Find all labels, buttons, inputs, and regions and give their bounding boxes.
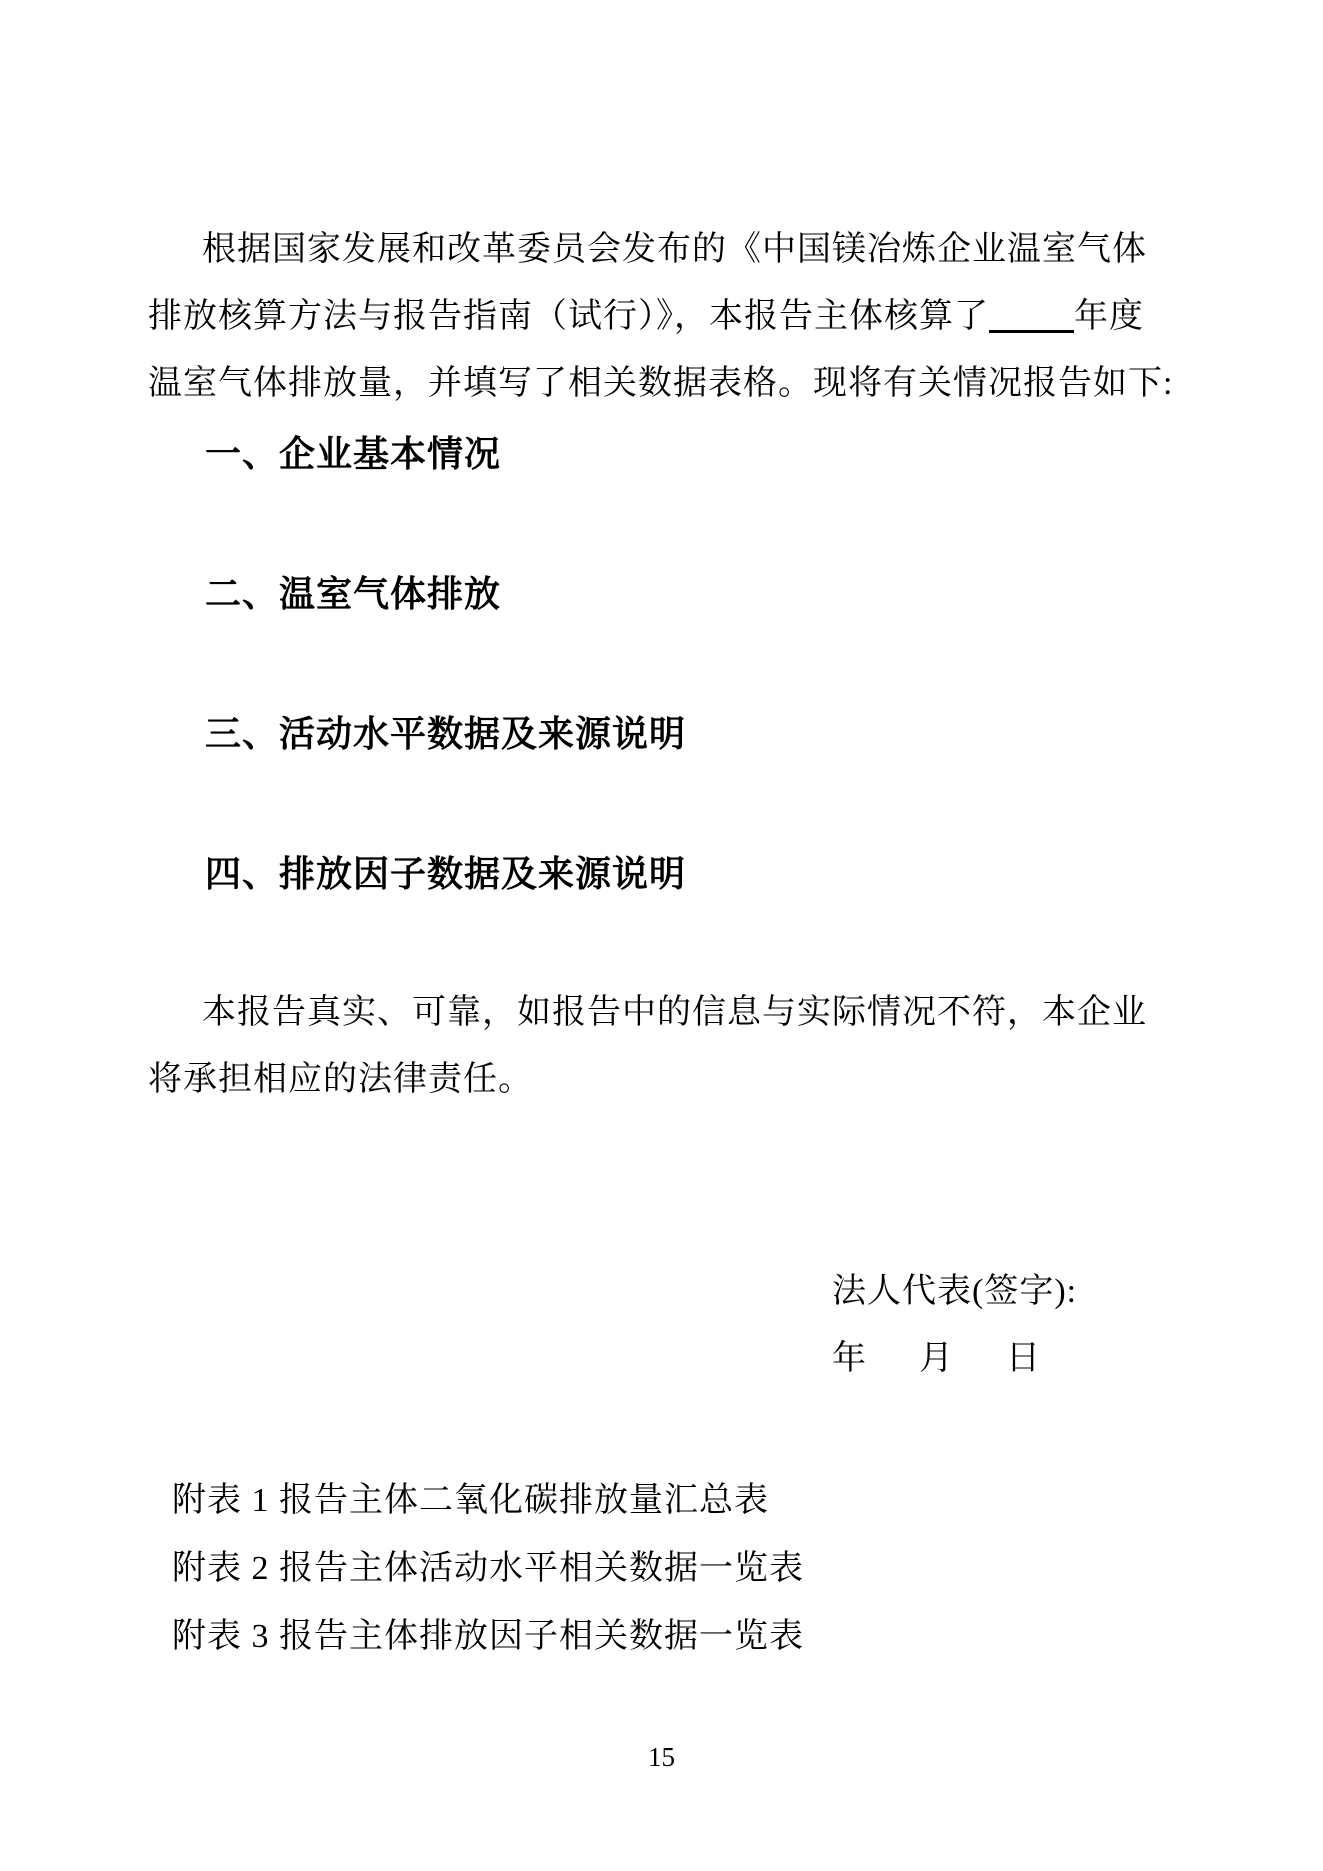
page-content: 根据国家发展和改革委员会发布的《中国镁冶炼企业温室气体 排放核算方法与报告指南（… (148, 0, 1168, 1671)
section-heading-ghg-emissions: 二、温室气体排放 (148, 560, 1168, 627)
signature-block: 法人代表(签字): 年 月 日 (148, 1258, 1168, 1392)
section-heading-emission-factors: 四、排放因子数据及来源说明 (148, 840, 1168, 907)
intro-line-3: 温室气体排放量，并填写了相关数据表格。现将有关情况报告如下: (148, 350, 1168, 417)
date-year-label: 年 (832, 1325, 866, 1392)
section-headings: 一、企业基本情况 二、温室气体排放 三、活动水平数据及来源说明 四、排放因子数据… (148, 420, 1168, 907)
intro-line-2-suffix: 年度 (1074, 298, 1144, 335)
page-number: 15 (0, 1742, 1323, 1772)
legal-representative-sign-label: 法人代表(签字): (832, 1258, 1168, 1325)
declaration-line-2: 将承担相应的法律责任。 (148, 1046, 1168, 1113)
intro-line-1: 根据国家发展和改革委员会发布的《中国镁冶炼企业温室气体 (148, 216, 1168, 283)
report-page: 根据国家发展和改革委员会发布的《中国镁冶炼企业温室气体 排放核算方法与报告指南（… (0, 0, 1323, 1871)
intro-paragraph: 根据国家发展和改革委员会发布的《中国镁冶炼企业温室气体 排放核算方法与报告指南（… (148, 216, 1168, 417)
attachment-list: 附表 1 报告主体二氧化碳排放量汇总表 附表 2 报告主体活动水平相关数据一览表… (148, 1467, 1168, 1671)
signature-date-line: 年 月 日 (832, 1325, 1168, 1392)
intro-line-2-text: 排放核算方法与报告指南（试行）》，本报告主体核算了 (148, 298, 989, 335)
declaration-line-1: 本报告真实、可靠，如报告中的信息与实际情况不符，本企业 (148, 979, 1168, 1046)
attachment-table-1: 附表 1 报告主体二氧化碳排放量汇总表 (172, 1467, 1168, 1535)
intro-line-2: 排放核算方法与报告指南（试行）》，本报告主体核算了年度 (148, 283, 1168, 350)
date-day-label: 日 (1006, 1325, 1040, 1392)
date-month-label: 月 (919, 1325, 953, 1392)
attachment-table-2: 附表 2 报告主体活动水平相关数据一览表 (172, 1535, 1168, 1603)
section-heading-activity-data: 三、活动水平数据及来源说明 (148, 700, 1168, 767)
attachment-table-3: 附表 3 报告主体排放因子相关数据一览表 (172, 1603, 1168, 1671)
section-heading-basic-info: 一、企业基本情况 (148, 420, 1168, 487)
year-blank-field[interactable] (989, 299, 1074, 333)
declaration-paragraph: 本报告真实、可靠，如报告中的信息与实际情况不符，本企业 将承担相应的法律责任。 (148, 979, 1168, 1113)
